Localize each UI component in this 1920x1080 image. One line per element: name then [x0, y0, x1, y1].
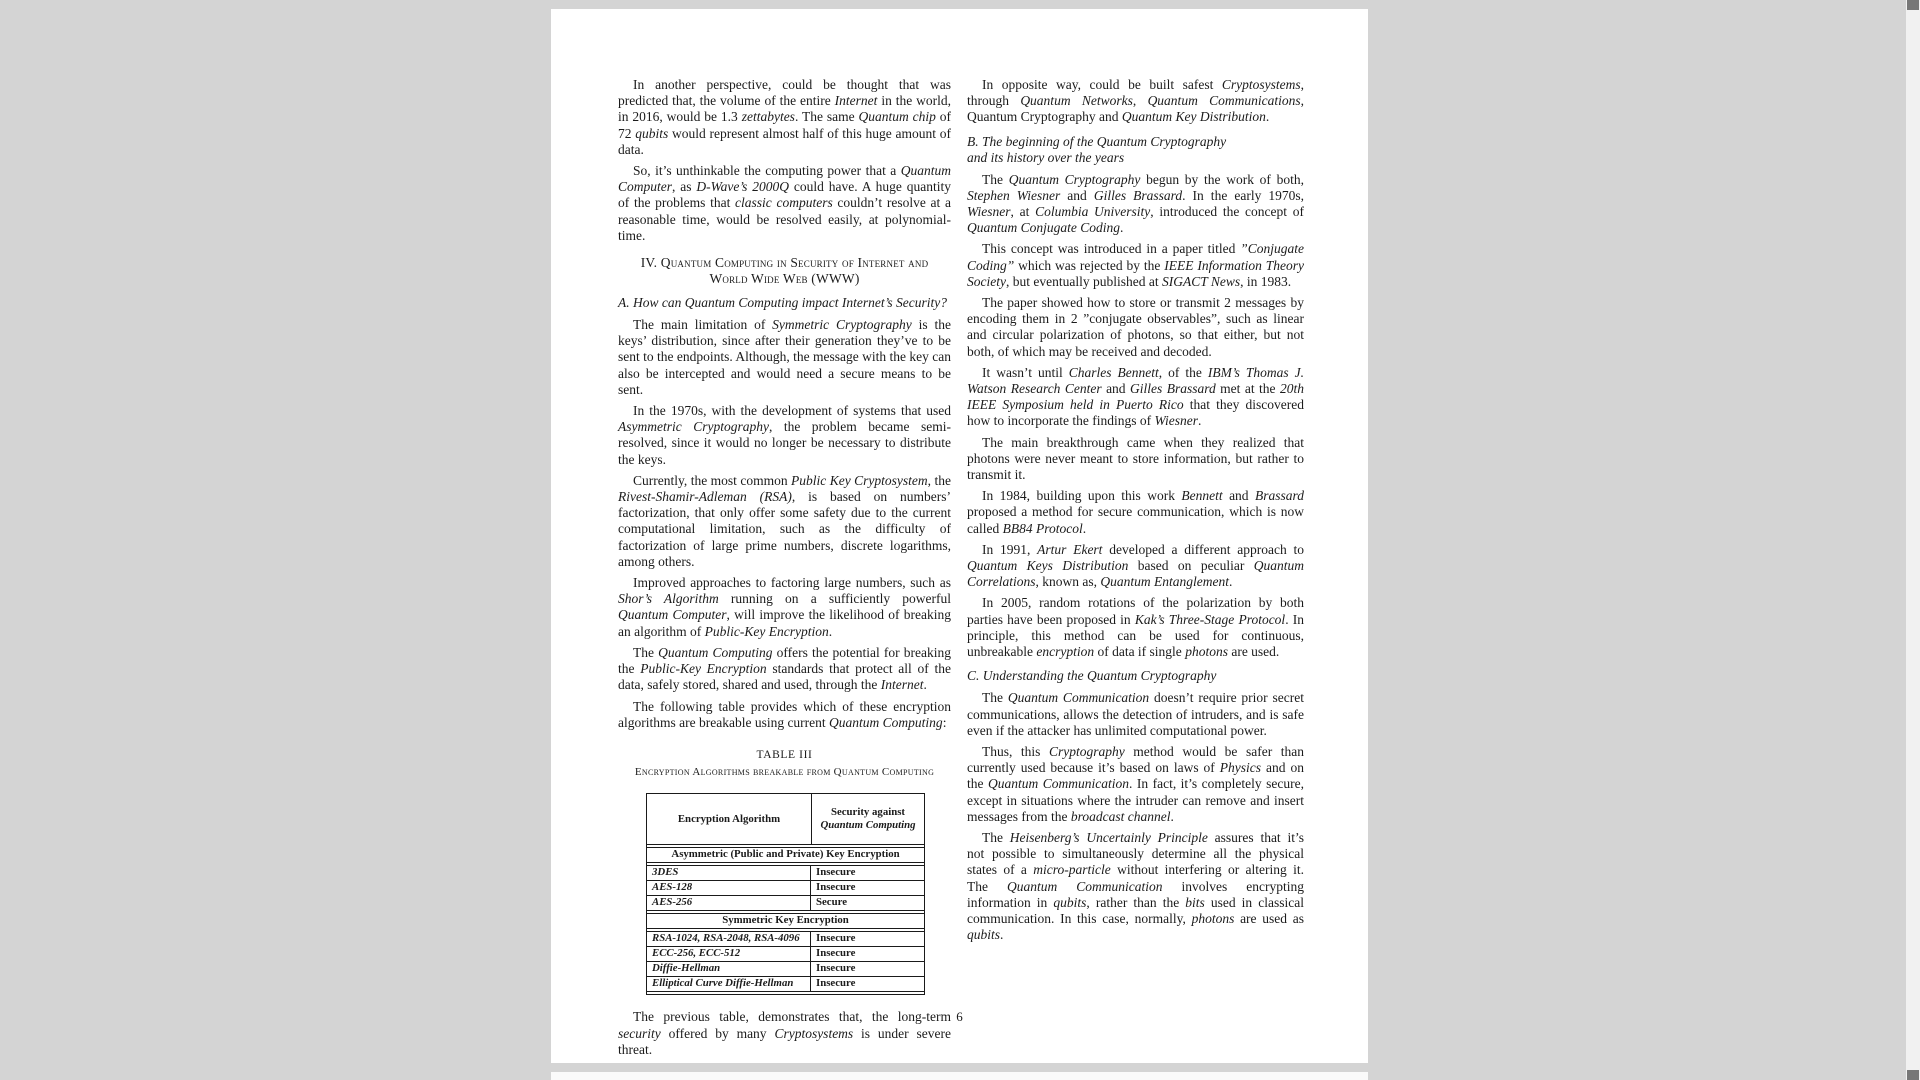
table-header-algorithm: Encryption Algorithm — [647, 794, 812, 844]
paragraph: This concept was introduced in a paper t… — [967, 241, 1304, 290]
cell-security: Insecure — [811, 962, 924, 976]
paragraph: In the 1970s, with the development of sy… — [618, 403, 951, 468]
page-number: 6 — [551, 1009, 1368, 1025]
table-row: AES-128Insecure — [647, 880, 924, 895]
table-caption-title: Encryption Algorithms breakable from Qua… — [618, 764, 951, 780]
cell-algorithm: AES-128 — [647, 881, 811, 895]
paragraph: It wasn’t until Charles Bennett, of the … — [967, 365, 1304, 430]
paragraph: The following table provides which of th… — [618, 699, 951, 731]
cell-security: Insecure — [811, 881, 924, 895]
cell-security: Insecure — [811, 866, 924, 880]
table-row: RSA-1024, RSA-2048, RSA-4096Insecure — [647, 932, 924, 946]
cell-security: Secure — [811, 896, 924, 910]
subsection-heading-b: B. The beginning of the Quantum Cryptogr… — [967, 134, 1304, 166]
table-row-group: RSA-1024, RSA-2048, RSA-4096InsecureECC-… — [647, 931, 924, 992]
paragraph: The Quantum Cryptography begun by the wo… — [967, 172, 1304, 237]
table-section-title: Symmetric Key Encryption — [647, 913, 924, 929]
table-row: Diffie-HellmanInsecure — [647, 961, 924, 976]
subsection-heading-c: C. Understanding the Quantum Cryptograph… — [967, 668, 1304, 684]
left-column: In another perspective, could be thought… — [618, 77, 951, 1063]
encryption-table: Encryption Algorithm Security against Qu… — [646, 793, 925, 995]
cell-algorithm: Elliptical Curve Diffie-Hellman — [647, 977, 811, 991]
table-header-security-line2: Quantum Computing — [820, 819, 915, 832]
right-column: In opposite way, could be built safest C… — [967, 77, 1304, 948]
table-body: Asymmetric (Public and Private) Key Encr… — [647, 847, 924, 992]
paragraph: The main limitation of Symmetric Cryptog… — [618, 317, 951, 398]
table-header-row: Encryption Algorithm Security against Qu… — [647, 794, 924, 845]
cell-algorithm: Diffie-Hellman — [647, 962, 811, 976]
paragraph: In 2005, random rotations of the polariz… — [967, 595, 1304, 660]
paragraph: In opposite way, could be built safest C… — [967, 77, 1304, 126]
table-header-security-line1: Security against — [831, 806, 905, 819]
section-heading-iv: IV. Quantum Computing in Security of Int… — [624, 255, 945, 287]
scroll-down-button[interactable] — [1907, 1070, 1919, 1080]
table-row: AES-256Secure — [647, 895, 924, 910]
cell-algorithm: 3DES — [647, 866, 811, 880]
subsection-heading-a: A. How can Quantum Computing impact Inte… — [618, 295, 951, 311]
paragraph: The main breakthrough came when they rea… — [967, 435, 1304, 484]
cell-security: Insecure — [811, 977, 924, 991]
table-header-security: Security against Quantum Computing — [812, 794, 924, 844]
table-row: 3DESInsecure — [647, 866, 924, 880]
paragraph: In 1984, building upon this work Bennett… — [967, 488, 1304, 537]
table-row: ECC-256, ECC-512Insecure — [647, 946, 924, 961]
scroll-up-button[interactable] — [1907, 0, 1919, 10]
cell-security: Insecure — [811, 947, 924, 961]
paragraph: In another perspective, could be thought… — [618, 77, 951, 158]
vertical-scrollbar-track[interactable] — [1906, 0, 1920, 1080]
pdf-viewer: In another perspective, could be thought… — [0, 0, 1920, 1080]
paragraph: Improved approaches to factoring large n… — [618, 575, 951, 640]
table-section-title: Asymmetric (Public and Private) Key Encr… — [647, 847, 924, 863]
paragraph: Currently, the most common Public Key Cr… — [618, 473, 951, 570]
cell-algorithm: AES-256 — [647, 896, 811, 910]
cell-algorithm: RSA-1024, RSA-2048, RSA-4096 — [647, 932, 811, 946]
paragraph: The paper showed how to store or transmi… — [967, 295, 1304, 360]
paragraph: In 1991, Artur Ekert developed a differe… — [967, 542, 1304, 591]
cell-security: Insecure — [811, 932, 924, 946]
table-caption-number: TABLE III — [618, 747, 951, 763]
paragraph: The Quantum Computing offers the potenti… — [618, 645, 951, 694]
table-row-group: 3DESInsecureAES-128InsecureAES-256Secure — [647, 865, 924, 911]
document-page: In another perspective, could be thought… — [551, 9, 1368, 1063]
paragraph: The Heisenberg’s Uncertainly Principle a… — [967, 830, 1304, 943]
paragraph: So, it’s unthinkable the computing power… — [618, 163, 951, 244]
cell-algorithm: ECC-256, ECC-512 — [647, 947, 811, 961]
table-row: Elliptical Curve Diffie-HellmanInsecure — [647, 976, 924, 991]
paragraph: The Quantum Communication doesn’t requir… — [967, 690, 1304, 739]
paragraph: Thus, this Cryptography method would be … — [967, 744, 1304, 825]
horizontal-scrollbar[interactable] — [551, 1072, 1368, 1080]
